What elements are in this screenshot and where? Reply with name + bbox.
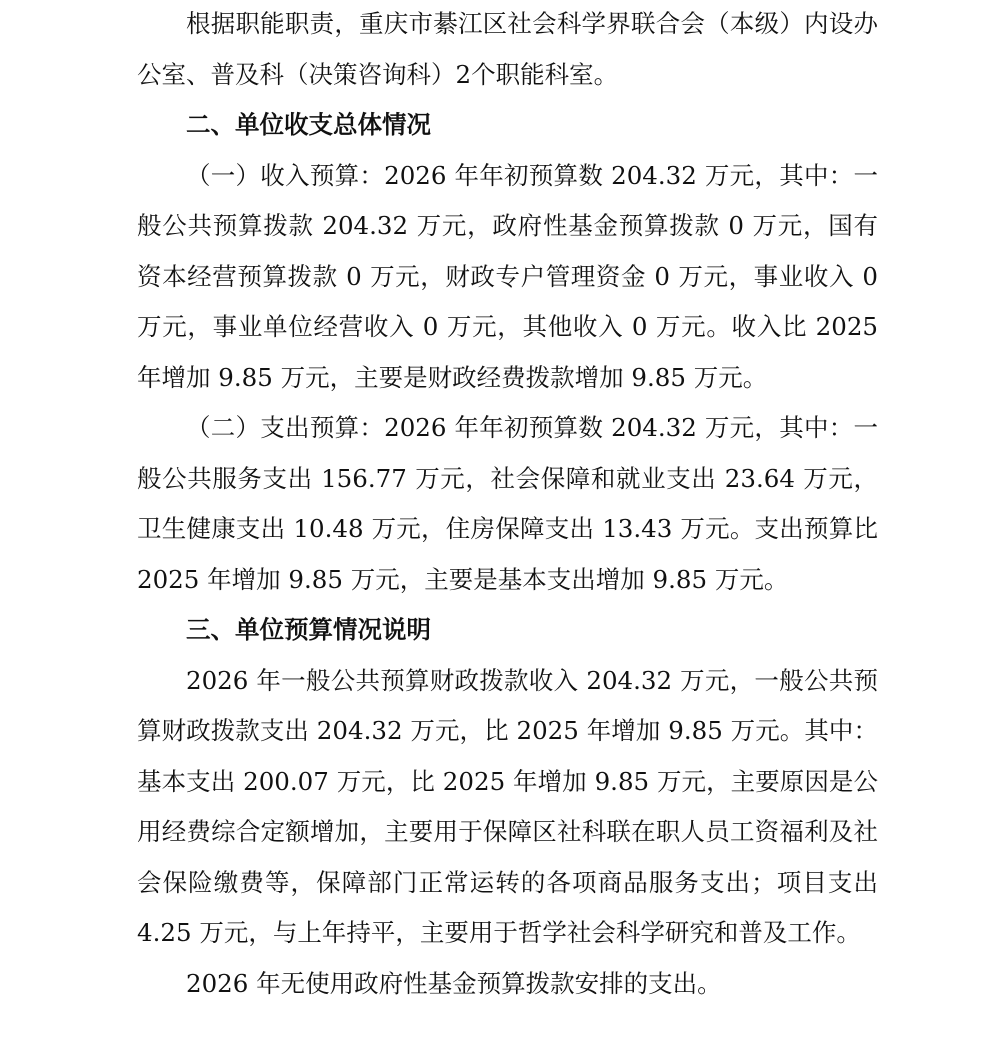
paragraph-government-fund: 2026 年无使用政府性基金预算拨款安排的支出。 — [137, 959, 878, 1010]
section-heading-income-expenditure-overview: 二、单位收支总体情况 — [137, 100, 878, 151]
paragraph-income-budget: （一）收入预算：2026 年年初预算数 204.32 万元，其中：一般公共预算拨… — [137, 151, 878, 404]
document-page: 根据职能职责，重庆市綦江区社会科学界联合会（本级）内设办公室、普及科（决策咨询科… — [137, 0, 878, 1009]
paragraph-general-public-budget: 2026 年一般公共预算财政拨款收入 204.32 万元，一般公共预算财政拨款支… — [137, 656, 878, 959]
paragraph-internal-structure: 根据职能职责，重庆市綦江区社会科学界联合会（本级）内设办公室、普及科（决策咨询科… — [137, 0, 878, 100]
paragraph-expenditure-budget: （二）支出预算：2026 年年初预算数 204.32 万元，其中：一般公共服务支… — [137, 403, 878, 605]
section-heading-budget-explanation: 三、单位预算情况说明 — [137, 605, 878, 656]
